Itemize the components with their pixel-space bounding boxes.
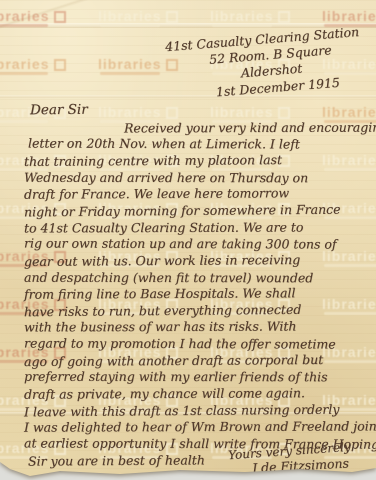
letter-line: with the business of war has its risks. … <box>24 319 297 335</box>
letter-line: have risks to run, but everything connec… <box>24 302 301 319</box>
scanned-letter-page: { "watermark": { "label": "libraries" },… <box>0 0 376 480</box>
letter-line: preferred staying with my earlier friend… <box>24 369 328 385</box>
letter-line: from firing line to Base Hospitals. We s… <box>24 285 296 301</box>
letter-line: that training centre with my platoon las… <box>24 152 282 169</box>
letter-line: Sir you are in best of health <box>28 452 205 468</box>
letter-line: and despatching (when fit to travel) wou… <box>24 269 313 285</box>
letter-line: draft for France. We leave here tomorrow <box>24 186 289 202</box>
letter-line: I leave with this draft as 1st class nur… <box>24 401 339 419</box>
letter-salutation: Dear Sir <box>30 103 88 119</box>
letter-line: rig our own station up and are taking 30… <box>24 236 337 252</box>
letter-line: letter on 20th Nov. when at Limerick. I … <box>28 136 300 152</box>
letter-line: ago of going with another draft as corpo… <box>24 352 323 369</box>
letter-line: gear out with us. Our work lies in recei… <box>24 252 300 269</box>
letter-line: I was delighted to hear of Wm Brown and … <box>24 419 376 435</box>
paper-sheet: librarieslibrarieslibrarieslibrarieslibr… <box>0 0 376 478</box>
letter-line: Received your very kind and encouraging <box>124 119 376 135</box>
letter-line: night or Friday morning for somewhere in… <box>24 202 341 220</box>
letter-line: draft as private, my chance will come ag… <box>24 385 305 401</box>
letter-line: regard to my promotion I had the offer s… <box>24 336 336 352</box>
paper-sheet-wrapper: librarieslibrarieslibrarieslibrarieslibr… <box>0 0 376 480</box>
letter-line: Wednesday and arrived here on Thursday o… <box>24 169 308 184</box>
letter-body: Dear SirReceived your very kind and enco… <box>0 0 376 478</box>
letter-line: to 41st Casualty Clearing Station. We ar… <box>24 219 303 235</box>
